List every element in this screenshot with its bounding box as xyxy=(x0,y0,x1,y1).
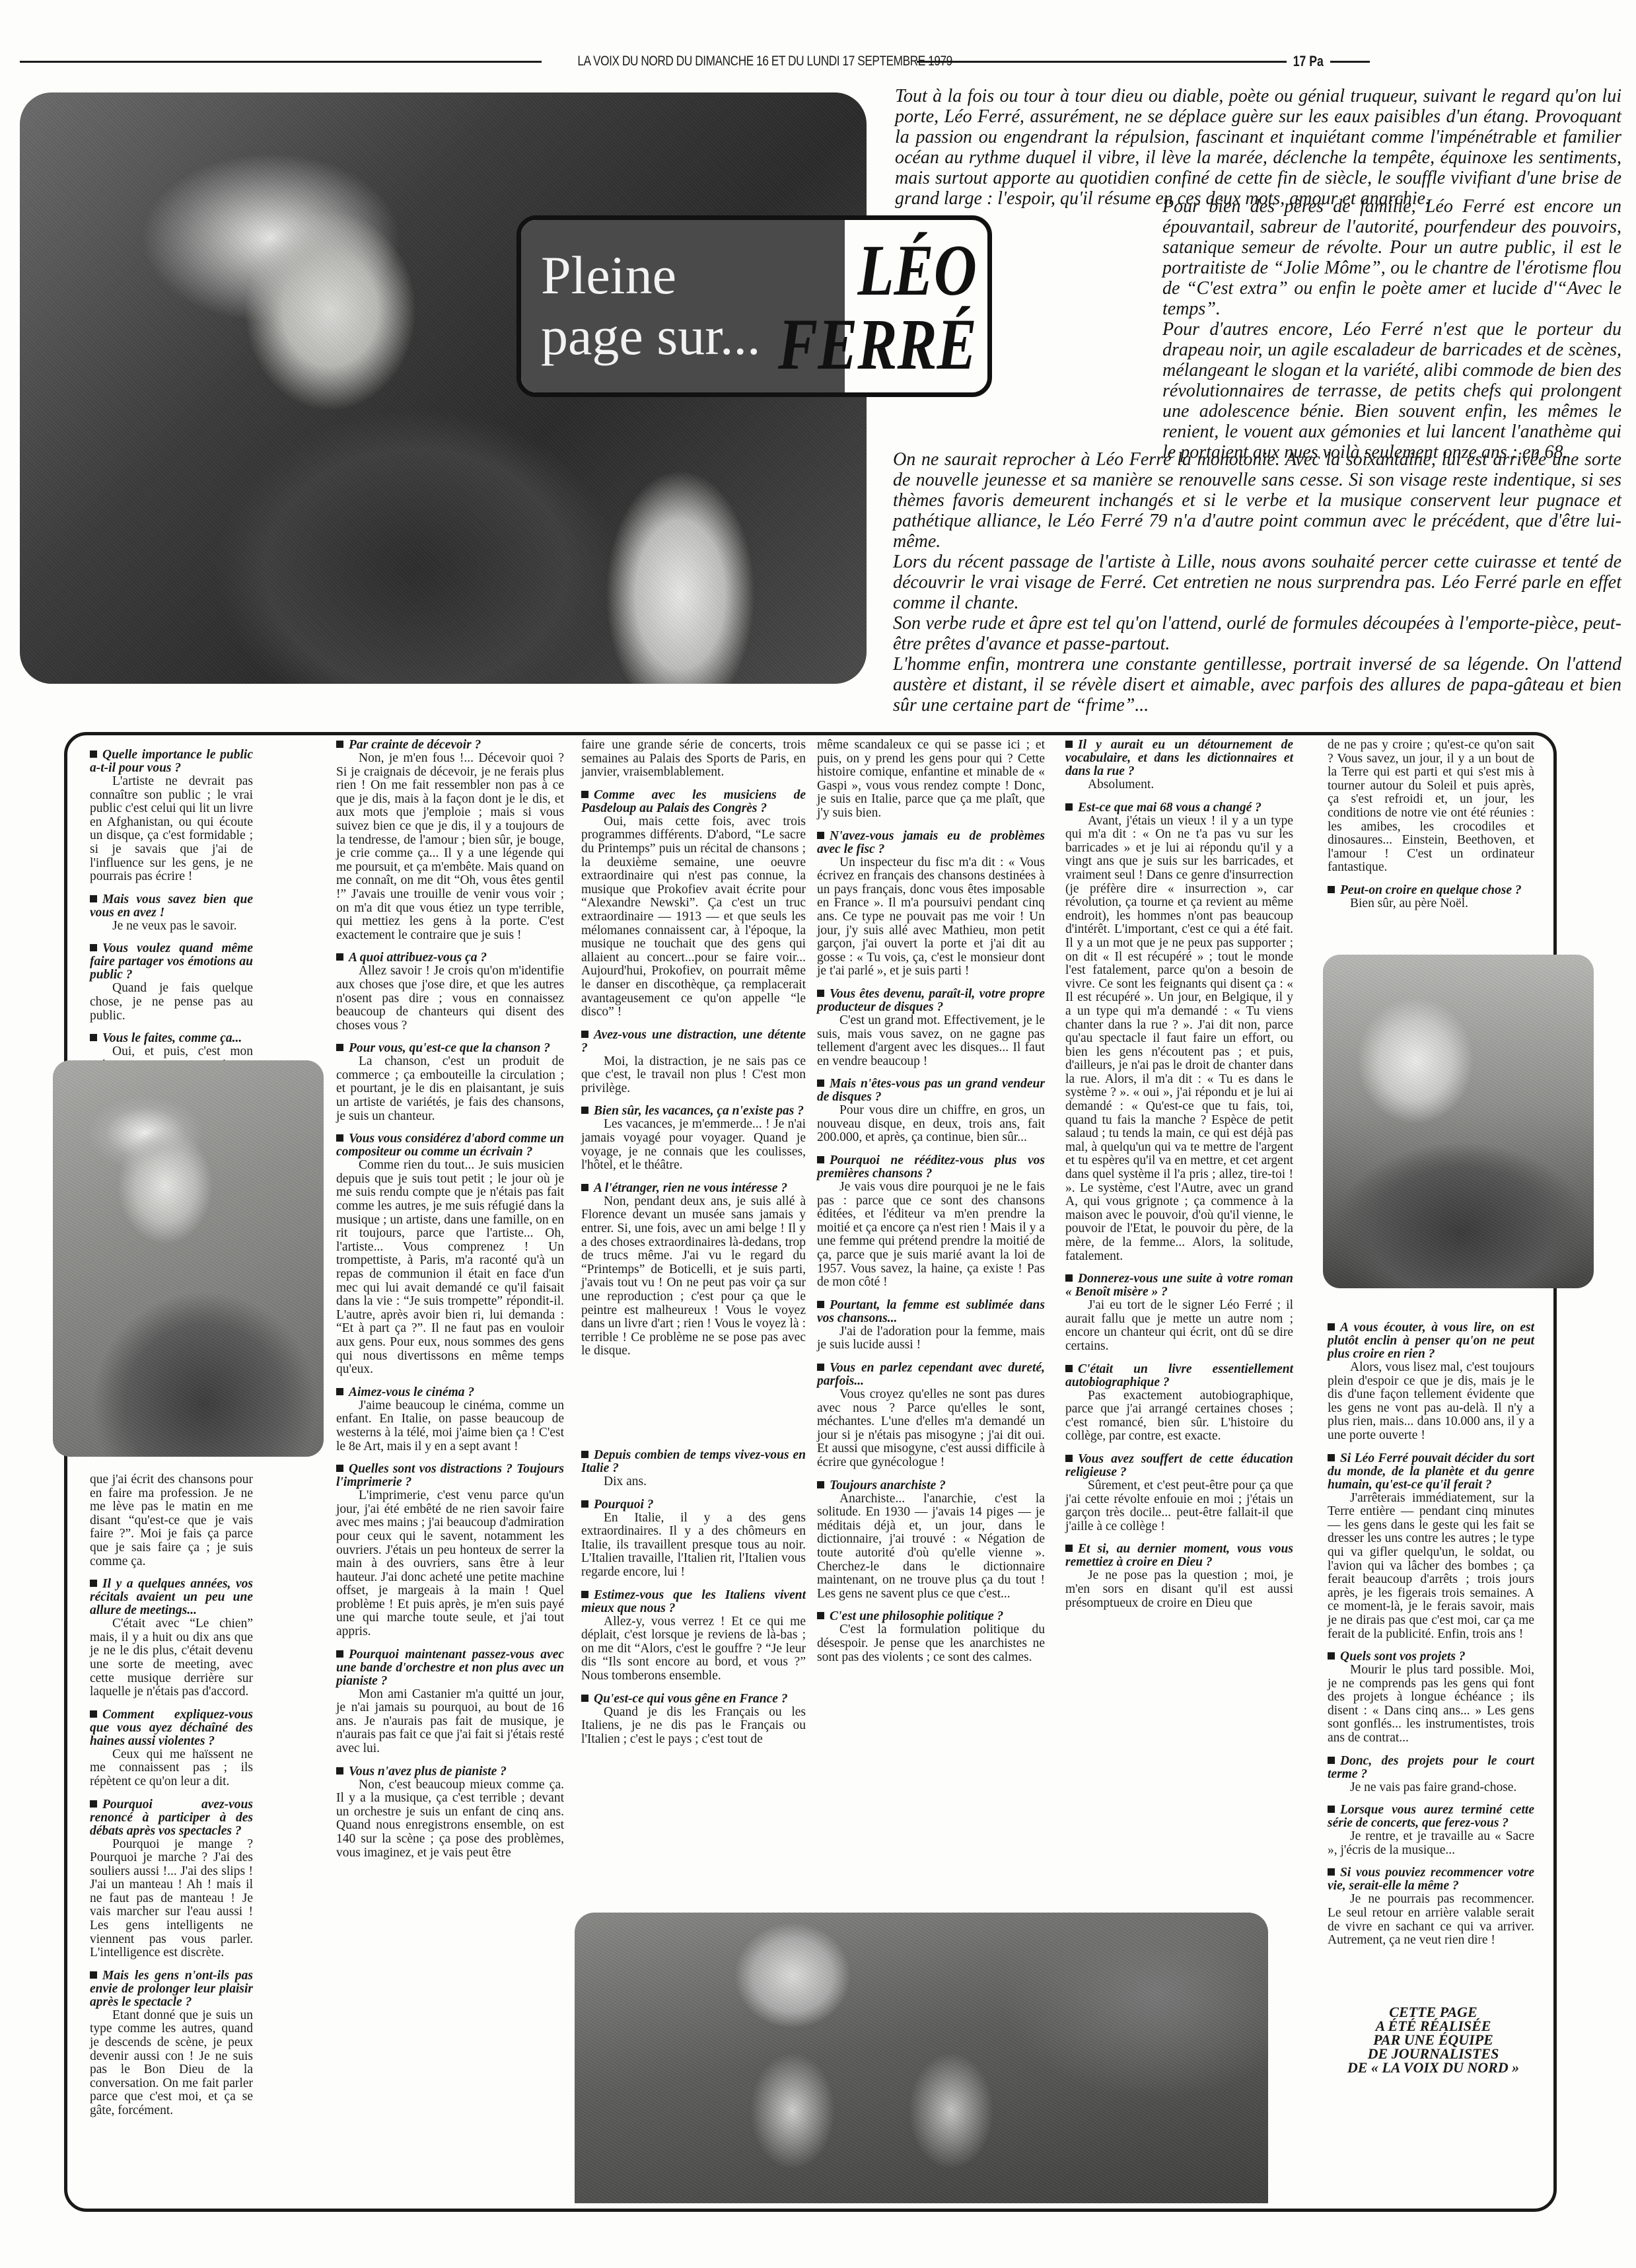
square-bullet-icon xyxy=(581,1500,588,1508)
interview-question: Estimez-vous que les Italiens vivent mie… xyxy=(581,1589,806,1615)
square-bullet-icon xyxy=(581,1591,588,1598)
interview-answer: Alors, vous lisez mal, c'est toujours pl… xyxy=(1328,1361,1534,1443)
interview-answer: Absolument. xyxy=(1065,778,1293,792)
masthead-rule-end xyxy=(1330,61,1370,63)
interview-answer: Je vais vous dire pourquoi je ne le fais… xyxy=(817,1181,1045,1290)
interview-column-1: Quelle importance le public a-t-il pour … xyxy=(90,749,253,1113)
interview-column-3-lower: Depuis combien de temps vivez-vous en It… xyxy=(581,1449,806,1746)
interview-answer: C'était avec “Le chien” mais, il y a hui… xyxy=(90,1617,253,1699)
square-bullet-icon xyxy=(90,1710,97,1718)
intro-paragraph-2-3: Pour bien des pères de famille, Léo Ferr… xyxy=(1162,196,1621,462)
photo-grain xyxy=(1323,955,1594,1288)
interview-answer: Pourquoi je mange ? Pourquoi je marche ?… xyxy=(90,1838,253,1960)
interview-answer: Mon ami Castanier m'a quitté un jour, je… xyxy=(336,1688,564,1756)
interview-column-6-lower: A vous écouter, à vous lire, on est plut… xyxy=(1328,1321,1534,1948)
square-bullet-icon xyxy=(581,1184,588,1191)
page-number: 17 Pa xyxy=(1293,53,1324,70)
interview-answer: Pas exactement autobiographique, parce q… xyxy=(1065,1389,1293,1444)
interview-answer: Je ne pourrais pas recommencer. Le seul … xyxy=(1328,1893,1534,1947)
intro-paragraph-3: Pour d'autres encore, Léo Ferré n'est qu… xyxy=(1162,319,1621,462)
square-bullet-icon xyxy=(1065,1545,1073,1552)
interview-question: Si vous pouviez recommencer votre vie, s… xyxy=(1328,1866,1534,1893)
interview-answer: Quand je dis les Français ou les Italien… xyxy=(581,1706,806,1747)
interview-question: Vous n'avez plus de pianiste ? xyxy=(336,1765,564,1778)
square-bullet-icon xyxy=(90,1034,97,1041)
interview-question: C'était un livre essentiellement autobio… xyxy=(1065,1363,1293,1389)
interview-question: Mais vous savez bien que vous en avez ! xyxy=(90,893,253,920)
square-bullet-icon xyxy=(1065,1365,1073,1372)
interview-question: Vous en parlez cependant avec dureté, pa… xyxy=(817,1362,1045,1388)
square-bullet-icon xyxy=(1328,1652,1335,1660)
square-bullet-icon xyxy=(336,1465,343,1472)
headline-box: Pleine page sur... LÉO FERRÉ xyxy=(516,215,992,397)
interview-answer: Sûrement, et c'est peut-être pour ça que… xyxy=(1065,1479,1293,1533)
square-bullet-icon xyxy=(90,1971,97,1979)
interview-answer: Anarchiste... l'anarchie, c'est la solit… xyxy=(817,1492,1045,1601)
interview-question: Bien sûr, les vacances, ça n'existe pas … xyxy=(581,1105,806,1118)
interview-answer: La chanson, c'est un produit de commerce… xyxy=(336,1055,564,1123)
interview-answer: Oui, mais cette fois, avec trois program… xyxy=(581,815,806,1019)
square-bullet-icon xyxy=(817,1079,824,1087)
interview-answer: L'imprimerie, c'est venu parce qu'un jou… xyxy=(336,1489,564,1639)
headline-kicker-line1: Pleine xyxy=(541,245,760,306)
interview-question: Donc, des projets pour le court terme ? xyxy=(1328,1755,1534,1781)
interview-question: Pourquoi avez-vous renoncé à participer … xyxy=(90,1798,253,1838)
interview-question: Vous vous considérez d'abord comme un co… xyxy=(336,1132,564,1159)
intro-paragraph-4: On ne saurait reprocher à Léo Ferré la m… xyxy=(893,449,1621,552)
interview-column-5: Il y aurait eu un détournement de vocabu… xyxy=(1065,739,1293,1610)
square-bullet-icon xyxy=(817,1612,824,1619)
intro-paragraph-1: Tout à la fois ou tour à tour dieu ou di… xyxy=(895,86,1621,209)
square-bullet-icon xyxy=(1328,1454,1335,1461)
interview-question: Par crainte de décevoir ? xyxy=(336,739,564,752)
interview-answer: Pour vous dire un chiffre, en gros, un n… xyxy=(817,1104,1045,1145)
interview-answer: Avant, j'étais un vieux ! il y a un type… xyxy=(1065,815,1293,1264)
interview-question: Peut-on croire en quelque chose ? xyxy=(1328,884,1534,897)
square-bullet-icon xyxy=(336,1650,343,1658)
interview-answer: Etant donné que je suis un type comme le… xyxy=(90,2009,253,2118)
interview-answer: L'artiste ne devrait pas connaître son p… xyxy=(90,775,253,884)
photo-grain xyxy=(53,1060,324,1457)
interview-question: Quels sont vos projets ? xyxy=(1328,1650,1534,1664)
interview-question: Et si, au dernier moment, vous vous reme… xyxy=(1065,1543,1293,1569)
interview-question: A vous écouter, à vous lire, on est plut… xyxy=(1328,1321,1534,1361)
masthead-title: LA VOIX DU NORD DU DIMANCHE 16 ET DU LUN… xyxy=(577,54,880,69)
interview-answer: Non, c'est beaucoup mieux comme ça. Il y… xyxy=(336,1778,564,1860)
square-bullet-icon xyxy=(581,1031,588,1038)
interview-question: Aimez-vous le cinéma ? xyxy=(336,1386,564,1399)
interview-question: Vous avez souffert de cette éducation re… xyxy=(1065,1453,1293,1479)
credit-line-4: DE JOURNALISTES xyxy=(1334,2047,1532,2061)
interview-answer: Les vacances, je m'emmerde... ! Je n'ai … xyxy=(581,1118,806,1172)
square-bullet-icon xyxy=(817,1156,824,1163)
answer-continuation: même scandaleux ce qui se passe ici ; et… xyxy=(817,739,1045,821)
interview-answer: Allez-y, vous verrez ! Et ce qui me dépl… xyxy=(581,1615,806,1683)
interview-answer: J'arrêterais immédiatement, sur la Terre… xyxy=(1328,1492,1534,1642)
interview-question: Lorsque vous aurez terminé cette série d… xyxy=(1328,1804,1534,1830)
square-bullet-icon xyxy=(581,1107,588,1114)
intro-paragraph-2: Pour bien des pères de famille, Léo Ferr… xyxy=(1162,196,1621,319)
interview-answer: Non, pendant deux ans, je suis allé à Fl… xyxy=(581,1195,806,1358)
masthead-rule-left xyxy=(20,61,542,63)
headline-name-line2: FERRÉ xyxy=(778,307,977,381)
interview-question: A quoi attribuez-vous ça ? xyxy=(336,951,564,965)
square-bullet-icon xyxy=(1065,1274,1073,1282)
intro-paragraph-6: Son verbe rude et âpre est tel qu'on l'a… xyxy=(893,613,1621,654)
interview-question: Vous voulez quand même faire partager vo… xyxy=(90,942,253,982)
square-bullet-icon xyxy=(1065,803,1073,811)
interview-question: Il y aurait eu un détournement de vocabu… xyxy=(1065,739,1293,778)
interview-column-1-lower: que j'ai écrit des chansons pour en fair… xyxy=(90,1473,253,2118)
interview-answer: Je rentre, et je travaille au « Sacre »,… xyxy=(1328,1830,1534,1857)
square-bullet-icon xyxy=(90,895,97,902)
interview-question: Toujours anarchiste ? xyxy=(817,1479,1045,1492)
photo-inset-right xyxy=(1323,955,1594,1288)
interview-column-3: faire une grande série de concerts, troi… xyxy=(581,739,806,1358)
interview-answer: Ceux qui me haïssent ne me connaissent p… xyxy=(90,1748,253,1789)
credit-line-1: CETTE PAGE xyxy=(1334,2005,1532,2019)
interview-question: Mais les gens n'ont-ils pas envie de pro… xyxy=(90,1969,253,2009)
square-bullet-icon xyxy=(1328,1757,1335,1764)
interview-question: C'est une philosophie politique ? xyxy=(817,1610,1045,1623)
answer-continuation: de ne pas y croire ; qu'est-ce qu'on sai… xyxy=(1328,739,1534,875)
interview-question: Pourquoi ne rééditez-vous plus vos premi… xyxy=(817,1154,1045,1181)
photo-grain xyxy=(575,1913,1268,2203)
interview-column-6: de ne pas y croire ; qu'est-ce qu'on sai… xyxy=(1328,739,1534,911)
headline-name-line1: LÉO xyxy=(778,233,977,307)
interview-column-4: même scandaleux ce qui se passe ici ; et… xyxy=(817,739,1045,1664)
photo-inset-left xyxy=(53,1060,324,1457)
interview-answer: Comme rien du tout... Je suis musicien d… xyxy=(336,1159,564,1377)
interview-question: Avez-vous une distraction, une détente ? xyxy=(581,1029,806,1055)
page-credit: CETTE PAGE A ÉTÉ RÉALISÉE PAR UNE ÉQUIPE… xyxy=(1334,2005,1532,2074)
interview-answer: Non, je m'en fous !... Décevoir quoi ? S… xyxy=(336,752,564,942)
masthead-rule-right xyxy=(917,61,1287,63)
square-bullet-icon xyxy=(1328,886,1335,893)
square-bullet-icon xyxy=(1065,741,1073,748)
masthead: LA VOIX DU NORD DU DIMANCHE 16 ET DU LUN… xyxy=(20,52,1618,71)
interview-question: Pourquoi ? xyxy=(581,1498,806,1512)
interview-question: Depuis combien de temps vivez-vous en It… xyxy=(581,1449,806,1475)
credit-line-2: A ÉTÉ RÉALISÉE xyxy=(1334,2019,1532,2033)
square-bullet-icon xyxy=(581,1451,588,1458)
interview-question: Est-ce que mai 68 vous a changé ? xyxy=(1065,801,1293,815)
interview-question: Donnerez-vous une suite à votre roman « … xyxy=(1065,1272,1293,1299)
intro-paragraph-5: Lors du récent passage de l'artiste à Li… xyxy=(893,552,1621,613)
interview-answer: Moi, la distraction, je ne sais pas ce q… xyxy=(581,1055,806,1096)
interview-answer: Vous croyez qu'elles ne sont pas dures a… xyxy=(817,1388,1045,1470)
headline-name: LÉO FERRÉ xyxy=(778,233,977,381)
interview-answer: J'ai eu tort de le signer Léo Ferré ; il… xyxy=(1065,1299,1293,1353)
square-bullet-icon xyxy=(581,791,588,798)
interview-answer: En Italie, il y a des gens extraordinair… xyxy=(581,1512,806,1580)
square-bullet-icon xyxy=(336,953,343,961)
interview-answer: J'ai de l'adoration pour la femme, mais … xyxy=(817,1325,1045,1352)
square-bullet-icon xyxy=(817,1301,824,1308)
interview-answer: Dix ans. xyxy=(581,1475,806,1489)
interview-question: Comme avec les musiciens de Pasdeloup au… xyxy=(581,789,806,815)
interview-answer: Bien sûr, au père Noël. xyxy=(1328,897,1534,911)
interview-question: Mais n'êtes-vous pas un grand vendeur de… xyxy=(817,1078,1045,1104)
square-bullet-icon xyxy=(90,750,97,758)
square-bullet-icon xyxy=(90,1580,97,1587)
interview-question: Il y a quelques années, vos récitals ava… xyxy=(90,1578,253,1617)
answer-continuation: faire une grande série de concerts, troi… xyxy=(581,739,806,780)
interview-answer: Je ne veux pas le savoir. xyxy=(90,920,253,933)
interview-question: Comment expliquez-vous que vous ayez déc… xyxy=(90,1708,253,1748)
interview-question: Pourtant, la femme est sublimée dans vos… xyxy=(817,1299,1045,1325)
interview-answer: J'aime beaucoup le cinéma, comme un enfa… xyxy=(336,1399,564,1453)
interview-question: Pour vous, qu'est-ce que la chanson ? xyxy=(336,1042,564,1055)
square-bullet-icon xyxy=(1328,1868,1335,1876)
interview-answer: Mourir le plus tard possible. Moi, je ne… xyxy=(1328,1664,1534,1745)
headline-kicker-line2: page sur... xyxy=(541,306,760,367)
interview-question: Pourquoi maintenant passez-vous avec une… xyxy=(336,1648,564,1688)
square-bullet-icon xyxy=(581,1695,588,1702)
interview-answer: C'est un grand mot. Effectivement, je le… xyxy=(817,1014,1045,1068)
answer-continuation: que j'ai écrit des chansons pour en fair… xyxy=(90,1473,253,1568)
interview-answer: Un inspecteur du fisc m'a dit : « Vous é… xyxy=(817,856,1045,978)
credit-line-5: DE « LA VOIX DU NORD » xyxy=(1334,2061,1532,2074)
square-bullet-icon xyxy=(1328,1323,1335,1331)
interview-question: N'avez-vous jamais eu de problèmes avec … xyxy=(817,830,1045,856)
square-bullet-icon xyxy=(1065,1455,1073,1462)
square-bullet-icon xyxy=(817,990,824,997)
square-bullet-icon xyxy=(336,1767,343,1774)
square-bullet-icon xyxy=(336,1134,343,1142)
square-bullet-icon xyxy=(90,1800,97,1808)
interview-question: Quelles sont vos distractions ? Toujours… xyxy=(336,1463,564,1489)
square-bullet-icon xyxy=(336,1388,343,1395)
interview-answer: Je ne pose pas la question ; moi, je m'e… xyxy=(1065,1569,1293,1610)
square-bullet-icon xyxy=(90,944,97,951)
interview-question: Vous êtes devenu, paraît-il, votre propr… xyxy=(817,988,1045,1014)
interview-question: Qu'est-ce qui vous gêne en France ? xyxy=(581,1693,806,1706)
interview-answer: Allez savoir ! Je crois qu'on m'identifi… xyxy=(336,965,564,1033)
interview-answer: C'est la formulation politique du désesp… xyxy=(817,1623,1045,1664)
square-bullet-icon xyxy=(336,1044,343,1051)
interview-question: Quelle importance le public a-t-il pour … xyxy=(90,749,253,775)
headline-kicker: Pleine page sur... xyxy=(541,245,760,367)
square-bullet-icon xyxy=(817,1364,824,1371)
square-bullet-icon xyxy=(817,1481,824,1488)
interview-answer: Je ne vais pas faire grand-chose. xyxy=(1328,1781,1534,1795)
interview-question: Vous le faites, comme ça... xyxy=(90,1032,253,1045)
intro-paragraph-7: L'homme enfin, montrera une constante ge… xyxy=(893,654,1621,715)
square-bullet-icon xyxy=(336,741,343,748)
interview-column-2: Par crainte de décevoir ?Non, je m'en fo… xyxy=(336,739,564,1860)
photo-bottom xyxy=(575,1913,1268,2203)
square-bullet-icon xyxy=(817,832,824,839)
square-bullet-icon xyxy=(1328,1806,1335,1813)
interview-question: A l'étranger, rien ne vous intéresse ? xyxy=(581,1182,806,1195)
intro-paragraph-4-7: On ne saurait reprocher à Léo Ferré la m… xyxy=(893,449,1621,715)
interview-answer: Quand je fais quelque chose, je ne pense… xyxy=(90,982,253,1023)
credit-line-3: PAR UNE ÉQUIPE xyxy=(1334,2033,1532,2047)
interview-question: Si Léo Ferré pouvait décider du sort du … xyxy=(1328,1452,1534,1492)
